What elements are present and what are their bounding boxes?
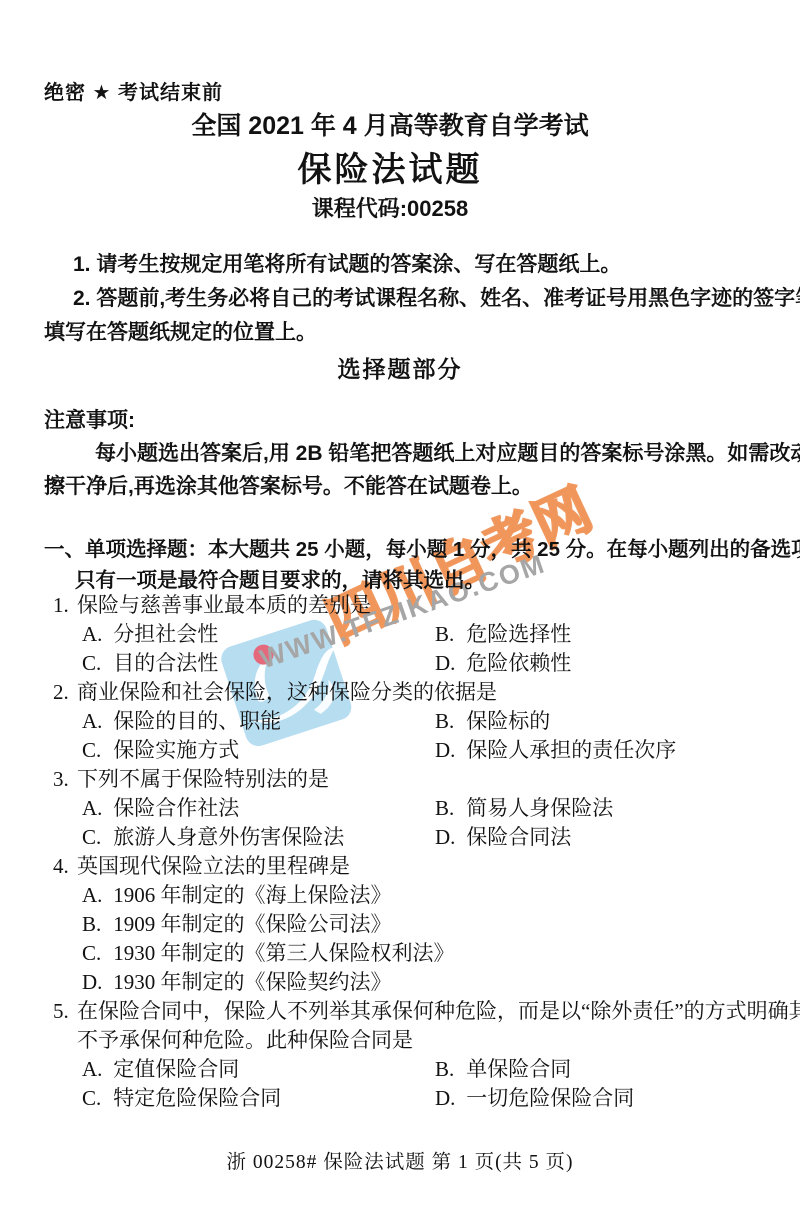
question-number: 3. [53,765,77,794]
option-c: C. 目的合法性 [82,649,435,678]
question-number: 2. [53,678,77,707]
question-stem: 在保险合同中，保险人不列举其承保何种危险，而是以“除外责任”的方式明确其 [77,997,800,1026]
question-stem: 保险与慈善事业最本质的差别是 [77,591,792,620]
question-4: 4. 英国现代保险立法的里程碑是 A. 1906 年制定的《海上保险法》 B. … [44,852,792,997]
question-3: 3. 下列不属于保险特别法的是 A. 保险合作社法 B. 简易人身保险法 C. … [44,765,792,852]
option-c: C. 特定危险保险合同 [82,1084,435,1113]
question-stem-continuation: 不予承保何种危险。此种保险合同是 [44,1026,792,1055]
question-1: 1. 保险与慈善事业最本质的差别是 A. 分担社会性 B. 危险选择性 C. 目… [44,591,792,678]
part-one-heading: 一、单项选择题：本大题共 25 小题，每小题 1 分，共 25 分。在每小题列出… [44,534,796,596]
option-d: D. 危险依赖性 [435,649,792,678]
question-stem: 英国现代保险立法的里程碑是 [77,852,792,881]
question-5: 5. 在保险合同中，保险人不列举其承保何种危险，而是以“除外责任”的方式明确其 … [44,997,792,1113]
page-footer: 浙 00258# 保险法试题 第 1 页(共 5 页) [0,1146,800,1174]
option-b: B. 单保险合同 [435,1055,792,1084]
instruction-item-2-line-2: 填写在答题纸规定的位置上。 [44,316,792,350]
option-a: A. 保险合作社法 [82,794,435,823]
question-number: 5. [53,997,77,1026]
course-code: 课程代码:00258 [0,192,780,223]
question-stem: 下列不属于保险特别法的是 [77,765,792,794]
question-2: 2. 商业保险和社会保险，这种保险分类的依据是 A. 保险的目的、职能 B. 保… [44,678,792,765]
question-list: 1. 保险与慈善事业最本质的差别是 A. 分担社会性 B. 危险选择性 C. 目… [44,591,792,1113]
option-c: C. 1930 年制定的《第三人保险权利法》 [82,939,792,968]
exam-document: 绝密 ★ 考试结束前 全国 2021 年 4 月高等教育自学考试 保险法试题 课… [0,0,800,1206]
question-number: 4. [53,852,77,881]
notice-line-2: 擦干净后,再选涂其他答案标号。不能答在试题卷上。 [44,470,792,503]
section-title: 选择题部分 [0,351,800,384]
exam-paper-page: 四川自考网 WWW.TFZIKAO.COM 绝密 ★ 考试结束前 全国 2021… [0,0,800,1206]
option-c: C. 旅游人身意外伤害保险法 [82,823,435,852]
general-instructions: 1. 请考生按规定用笔将所有试题的答案涂、写在答题纸上。 2. 答题前,考生务必… [44,248,792,350]
option-d: D. 1930 年制定的《保险契约法》 [82,968,792,997]
exam-session-title: 全国 2021 年 4 月高等教育自学考试 [0,106,780,142]
part-one-heading-line-1: 一、单项选择题：本大题共 25 小题，每小题 1 分，共 25 分。在每小题列出… [44,534,796,565]
notice-block: 注意事项: 每小题选出答案后,用 2B 铅笔把答题纸上对应题目的答案标号涂黑。如… [44,404,792,503]
option-c: C. 保险实施方式 [82,736,435,765]
option-b: B. 1909 年制定的《保险公司法》 [82,910,792,939]
question-stem: 商业保险和社会保险，这种保险分类的依据是 [77,678,792,707]
option-a: A. 1906 年制定的《海上保险法》 [82,881,792,910]
notice-heading: 注意事项: [44,404,792,437]
option-d: D. 一切危险保险合同 [435,1084,792,1113]
exam-subject-title: 保险法试题 [0,142,780,191]
option-b: B. 危险选择性 [435,620,792,649]
option-a: A. 定值保险合同 [82,1055,435,1084]
option-d: D. 保险人承担的责任次序 [435,736,792,765]
question-number: 1. [53,591,77,620]
notice-line-1: 每小题选出答案后,用 2B 铅笔把答题纸上对应题目的答案标号涂黑。如需改动,用橡… [44,437,792,470]
instruction-item-2-line-1: 2. 答题前,考生务必将自己的考试课程名称、姓名、准考证号用黑色字迹的签字笔或钢… [44,282,792,316]
option-a: A. 保险的目的、职能 [82,707,435,736]
instruction-item-1: 1. 请考生按规定用笔将所有试题的答案涂、写在答题纸上。 [44,248,792,282]
option-a: A. 分担社会性 [82,620,435,649]
classification-label: 绝密 ★ 考试结束前 [44,76,223,105]
option-b: B. 保险标的 [435,707,792,736]
option-b: B. 简易人身保险法 [435,794,792,823]
option-d: D. 保险合同法 [435,823,792,852]
